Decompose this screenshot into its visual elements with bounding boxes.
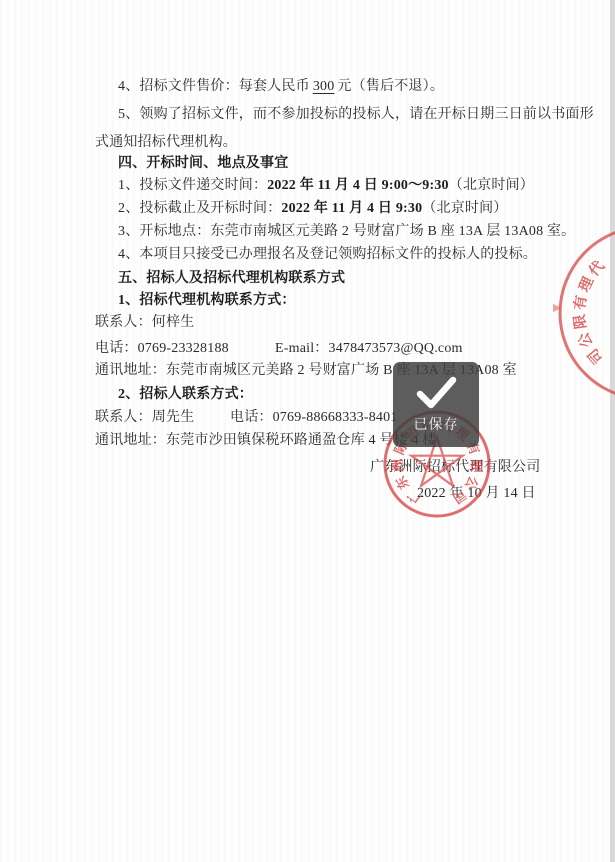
- doc-line-agency-person: 联系人：何梓生: [95, 314, 600, 331]
- agency-email: E-mail：3478473573@QQ.com: [275, 340, 463, 357]
- check-icon: [412, 373, 460, 411]
- bidder-phone: 电话：0769-88668333-8401: [230, 409, 398, 426]
- doc-line-open-location: 3、开标地点：东莞市南城区元美路 2 号财富广场 B 座 13A 层 13A08…: [118, 223, 615, 240]
- text-segment: 2、投标截止及开标时间：: [118, 201, 281, 216]
- document-page: 4、招标文件售价：每套人民币300元（售后不退）。 5、领购了招标文件，而不参加…: [0, 0, 615, 862]
- seal-char: 东: [393, 474, 412, 493]
- doc-heading-agency-contact: 1、招标代理机构联系方式：: [118, 292, 615, 309]
- text-segment: 1、投标文件递交时间：: [118, 178, 267, 193]
- doc-line-bidder-person-phone: 联系人：周先生电话：0769-88668333-8401: [95, 409, 600, 426]
- bold-datetime: 2022 年 11 月 4 日 9:30: [281, 201, 422, 216]
- seal-overlay: 广东洲际招标代理有限公司 代理有限公司: [0, 0, 615, 862]
- page-right-edge: [610, 0, 615, 862]
- doc-line-deadline: 2、投标截止及开标时间：2022 年 11 月 4 日 9:30（北京时间）: [118, 200, 615, 217]
- saved-toast: 已保存: [393, 362, 479, 447]
- signature-date: 2022 年 10 月 14 日: [417, 485, 615, 502]
- toast-label: 已保存: [414, 414, 459, 434]
- text-segment: （北京时间）: [449, 178, 534, 193]
- text-segment: 元（售后不退）。: [337, 79, 444, 94]
- doc-line-registration: 4、本项目只接受已办理报名及登记领购招标文件的投标人的投标。: [118, 246, 615, 263]
- doc-heading-section4: 四、开标时间、地点及事宜: [118, 155, 615, 172]
- doc-line-submit-time: 1、投标文件递交时间：2022 年 11 月 4 日 9:00～9:30（北京时…: [118, 177, 615, 194]
- doc-line-agency-phone-email: 电话：0769-23328188E-mail：3478473573@QQ.com: [95, 340, 600, 357]
- bidder-person: 联系人：周先生: [95, 410, 194, 425]
- text-segment: （北京时间）: [422, 201, 507, 216]
- signature-company: 广东洲际招标代理有限公司: [370, 459, 615, 476]
- doc-heading-bidder-contact: 2、招标人联系方式：: [118, 386, 615, 403]
- doc-line-refund-1: 5、领购了招标文件，而不参加投标的投标人，请在开标日期三日前以书面形: [118, 106, 615, 123]
- scan-texture: [0, 0, 615, 862]
- doc-line-agency-address: 通讯地址：东莞市南城区元美路 2 号财富广场 B 座 13A 层 13A08 室: [95, 362, 600, 379]
- doc-heading-section5: 五、招标人及招标代理机构联系方式: [118, 270, 615, 287]
- doc-line-bidder-address: 通讯地址：东莞市沙田镇保税环路通盈仓库 4 号楼 4 楼: [95, 432, 600, 449]
- doc-line-sale-price: 4、招标文件售价：每套人民币300元（售后不退）。: [118, 78, 615, 95]
- bold-datetime: 2022 年 11 月 4 日 9:00～9:30: [267, 178, 449, 193]
- underlined-price: 300: [310, 79, 338, 94]
- doc-line-refund-2: 式通知招标代理机构。: [95, 134, 600, 151]
- agency-phone: 电话：0769-23328188: [95, 341, 229, 356]
- text-segment: 4、招标文件售价：每套人民币: [118, 79, 310, 94]
